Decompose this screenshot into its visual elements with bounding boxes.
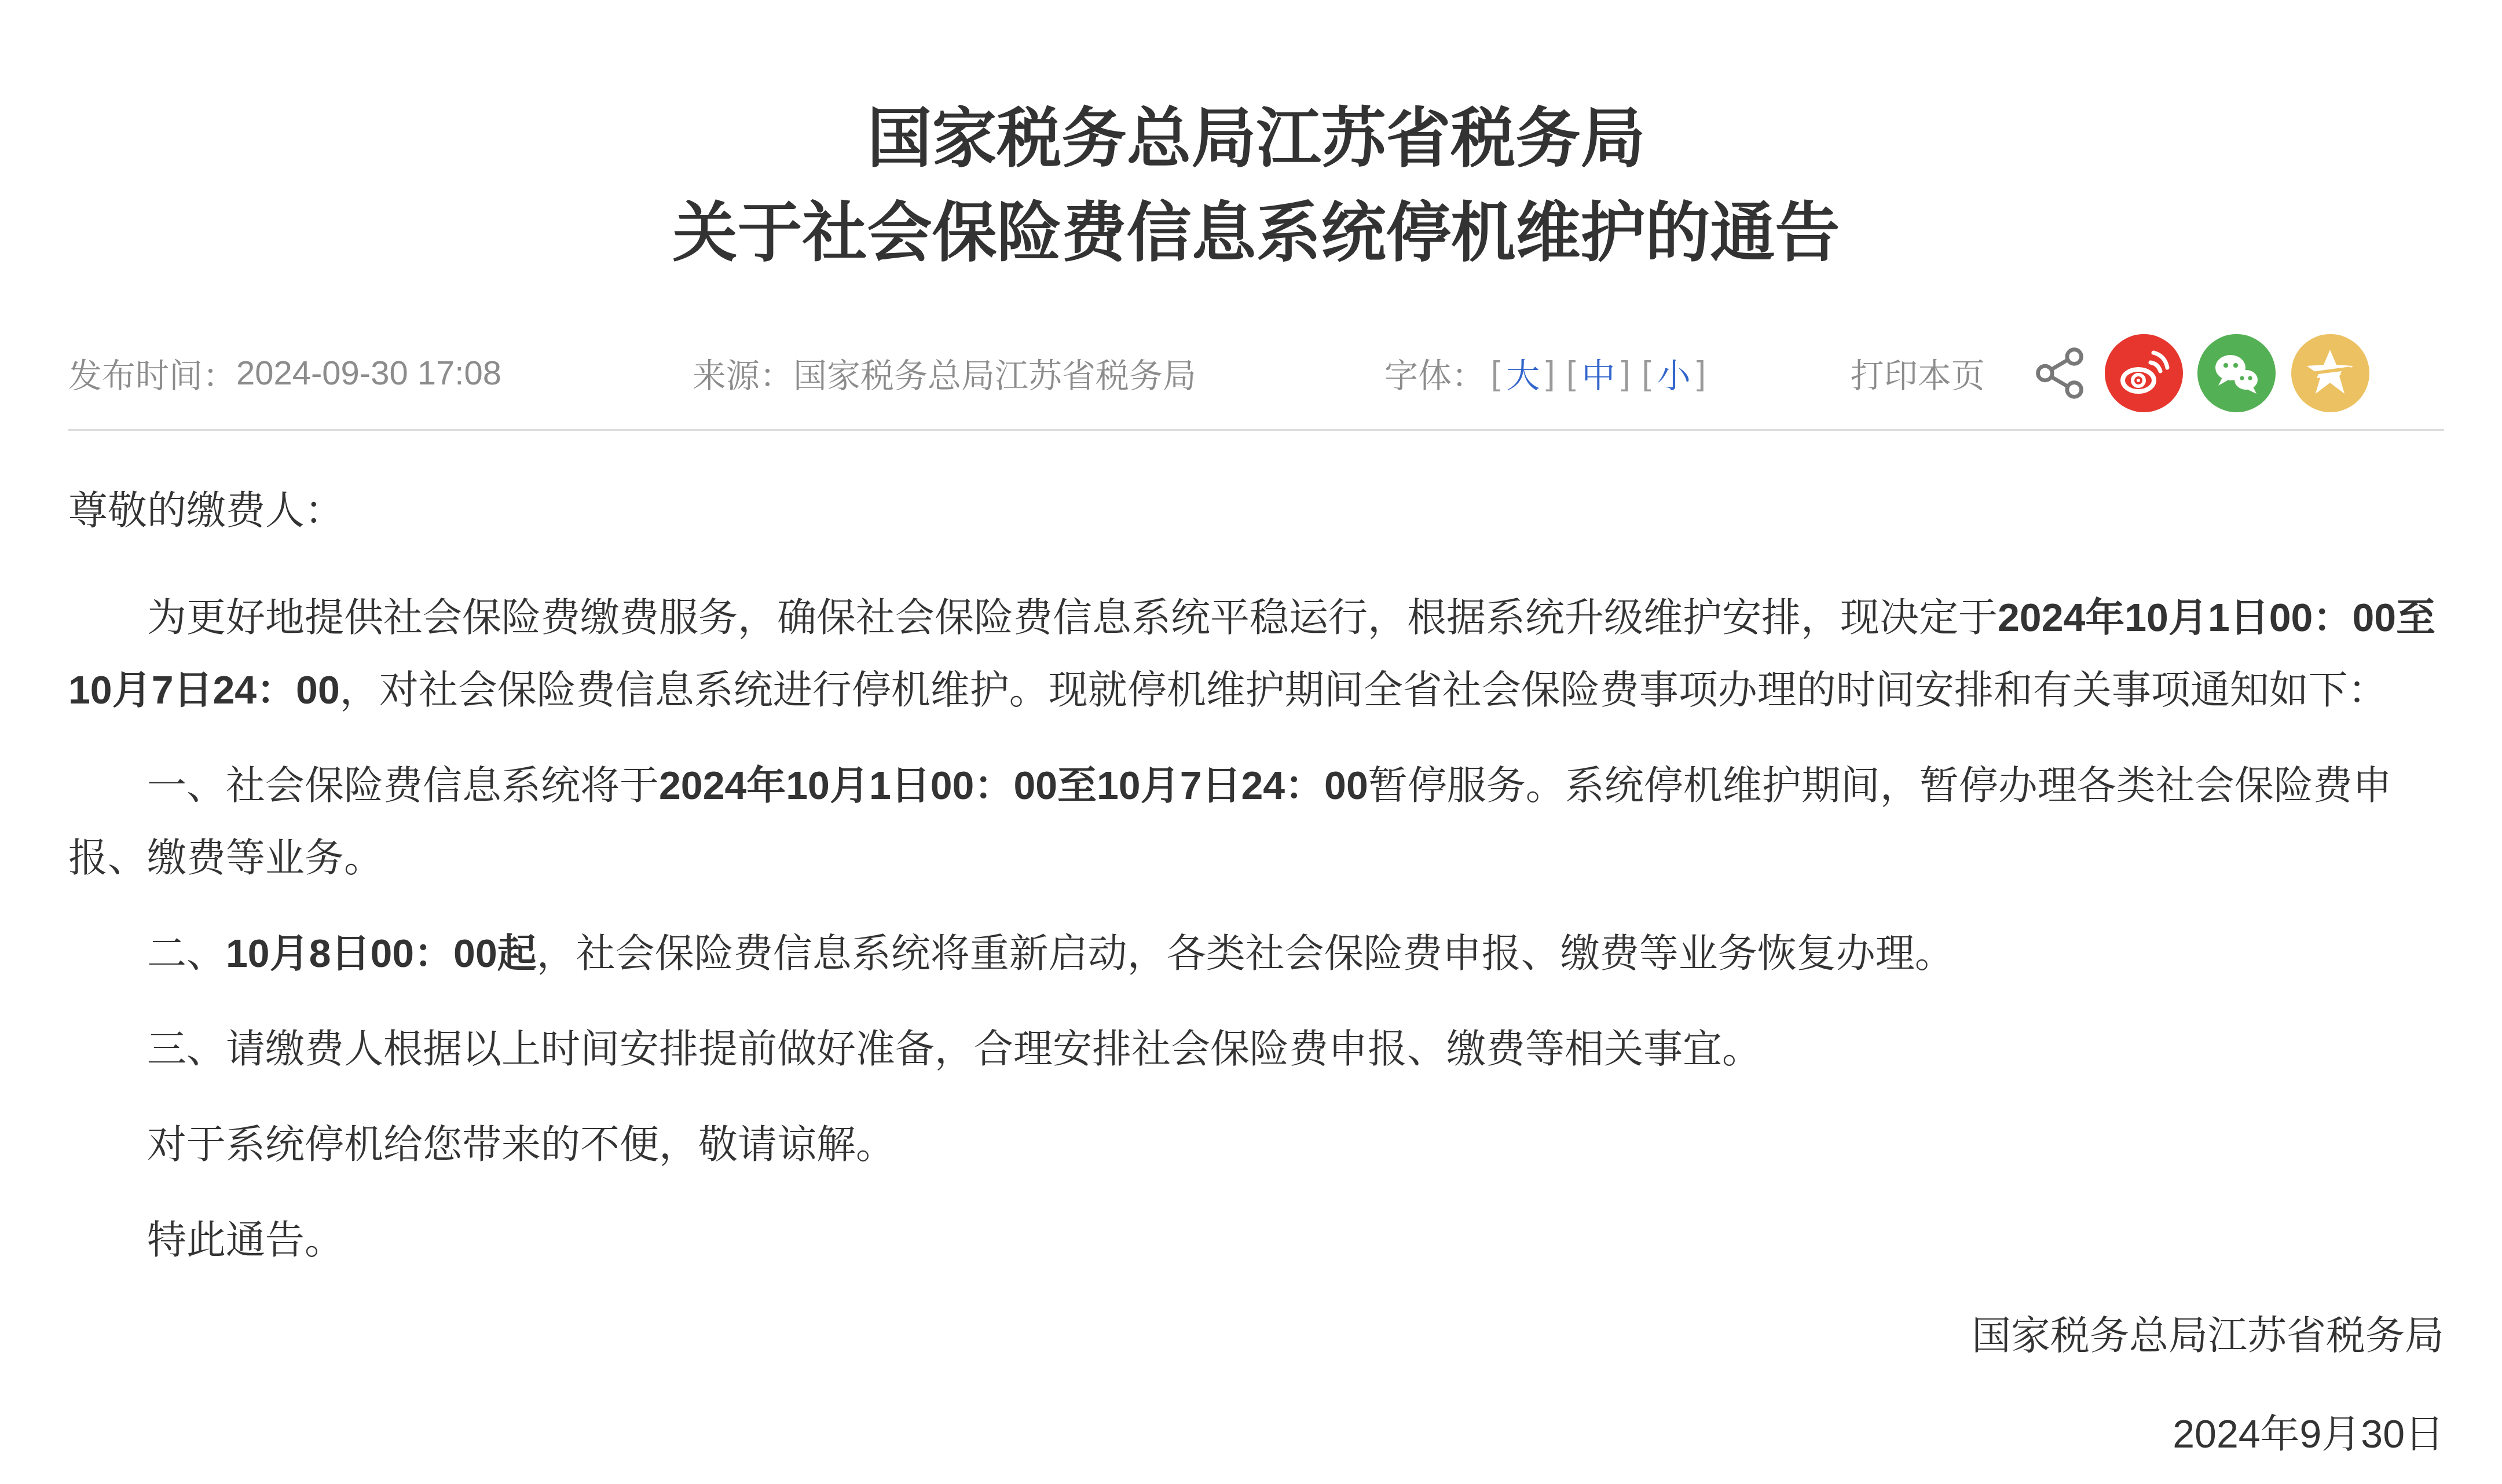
notice-paragraph-1: 为更好地提供社会保险费缴费服务，确保社会保险费信息系统平稳运行，根据系统升级维护… [68,582,2444,727]
meta-bar: 发布时间：2024-09-30 17:08 来源：国家税务总局江苏省税务局 字体… [68,332,2444,413]
bracket: [ [1485,354,1506,393]
bracket: ] [1691,354,1712,393]
font-size-medium-button[interactable]: 中 [1581,349,1615,397]
salutation: 尊敬的缴费人： [68,475,2444,547]
notice-page: 国家税务总局江苏省税务局 关于社会保险费信息系统停机维护的通告 发布时间：202… [0,91,2502,1471]
weibo-icon[interactable] [2105,334,2183,412]
share-nodes-icon[interactable] [2032,346,2087,401]
font-size-label: 字体： [1384,349,1485,397]
publish-time: 发布时间：2024-09-30 17:08 [68,349,501,397]
publish-time-label: 发布时间： [68,349,236,397]
notice-paragraph-5: 对于系统停机给您带来的不便，敬请谅解。 [68,1109,2444,1181]
notice-paragraph-3: 二、10月8日00：00起，社会保险费信息系统将重新启动，各类社会保险费申报、缴… [68,918,2444,990]
notice-paragraph-6: 特此通告。 [68,1204,2444,1277]
notice-title: 国家税务总局江苏省税务局 关于社会保险费信息系统停机维护的通告 [68,91,2444,280]
font-size-control: 字体：[大][中][小] [1384,349,1712,397]
notice-title-line-1: 国家税务总局江苏省税务局 [68,91,2444,186]
notice-title-line-2: 关于社会保险费信息系统停机维护的通告 [68,186,2444,280]
signature-org: 国家税务总局江苏省税务局 [68,1300,2444,1372]
bracket: [ [1560,354,1581,393]
qzone-star-icon[interactable] [2291,334,2369,412]
source-value: 国家税务总局江苏省税务局 [793,349,1196,397]
notice-paragraph-2: 一、社会保险费信息系统将于2024年10月1日00：00至10月7日24：00暂… [68,750,2444,895]
signature-block: 国家税务总局江苏省税务局 2024年9月30日 [68,1300,2444,1471]
font-size-small-button[interactable]: 小 [1657,349,1691,397]
source-label: 来源： [693,349,793,397]
notice-body: 尊敬的缴费人： 为更好地提供社会保险费缴费服务，确保社会保险费信息系统平稳运行，… [68,431,2444,1471]
print-page-button[interactable]: 打印本页 [1851,349,1985,397]
notice-paragraph-4: 三、请缴费人根据以上时间安排提前做好准备，合理安排社会保险费申报、缴费等相关事宜… [68,1013,2444,1086]
bracket: ] [1540,354,1560,393]
publish-time-value: 2024-09-30 17:08 [236,354,501,393]
font-size-large-button[interactable]: 大 [1506,349,1540,397]
wechat-icon[interactable] [2197,334,2276,412]
signature-date: 2024年9月30日 [68,1398,2444,1471]
bracket: [ [1636,354,1657,393]
bracket: ] [1615,354,1636,393]
source: 来源：国家税务总局江苏省税务局 [693,349,1196,397]
